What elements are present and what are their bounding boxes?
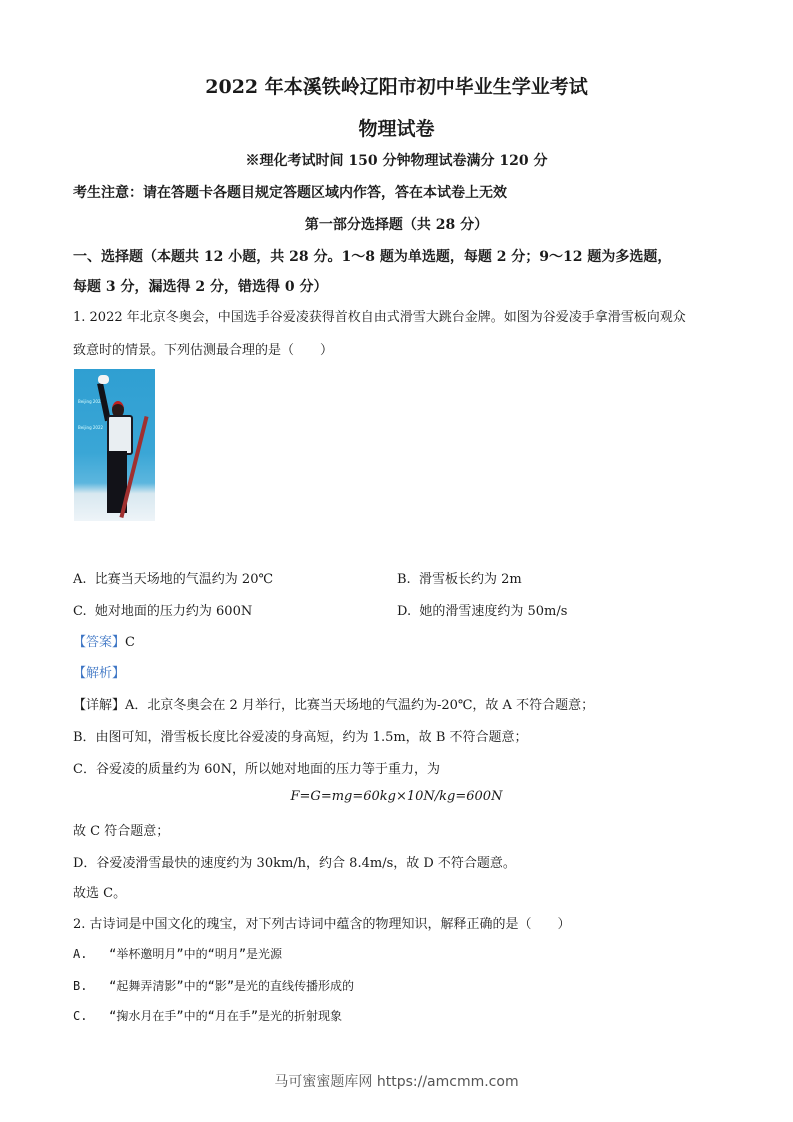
option-label: B. <box>397 572 411 587</box>
q2-option-b: B. “起舞弄清影”中的“影”是光的直线传播形成的 <box>73 977 354 994</box>
exam-subject: 物理试卷 <box>0 114 793 141</box>
option-text: “掬水月在手”中的“月在手”是光的折射现象 <box>109 1009 342 1023</box>
option-label: C. <box>73 604 87 619</box>
detail-line-5: 故 C 符合题意； <box>73 820 169 839</box>
option-c: C. 她对地面的压力约为 600N <box>73 600 252 619</box>
option-label: D. <box>397 604 411 619</box>
section-instructions-line1: 一、选择题（本题共 12 小题，共 28 分。1～8 题为单选题，每题 2 分；… <box>73 246 671 266</box>
q2-option-a: A. “举杯邀明月”中的“明月”是光源 <box>73 945 282 962</box>
footer-watermark: 马可蜜蜜题库网 https://amcmm.com <box>0 1071 793 1091</box>
option-label: B. <box>73 979 87 993</box>
section-instructions-line2: 每题 3 分，漏选得 2 分，错选得 0 分） <box>73 276 327 296</box>
option-d: D. 她的滑雪速度约为 50m/s <box>397 600 567 619</box>
option-label: A. <box>73 947 87 961</box>
q2-option-c: C. “掬水月在手”中的“月在手”是光的折射现象 <box>73 1007 342 1024</box>
part-title: 第一部分选择题（共 28 分） <box>0 214 793 234</box>
question-1-stem-line2: 致意时的情景。下列估测最合理的是（ ） <box>73 339 333 358</box>
option-text: 她对地面的压力约为 600N <box>95 604 252 619</box>
exam-notice: 考生注意：请在答题卡各题目规定答题区域内作答，答在本试卷上无效 <box>73 182 507 202</box>
analysis-tag: 【解析】 <box>73 666 125 681</box>
photo-backdrop-text: Beijing 2022 <box>78 399 103 404</box>
exam-info: ※理化考试时间 150 分钟物理试卷满分 120 分 <box>0 150 793 170</box>
photo-glove <box>98 375 109 384</box>
option-text: 她的滑雪速度约为 50m/s <box>419 604 567 619</box>
photo-backdrop-text: Beijing 2022 <box>78 425 103 430</box>
option-b: B. 滑雪板长约为 2m <box>397 568 522 587</box>
option-a: A. 比赛当天场地的气温约为 20℃ <box>73 568 273 587</box>
detail-line-3: C．谷爱凌的质量约为 60N，所以她对地面的压力等于重力，为 <box>73 758 440 777</box>
skier-photo: Beijing 2022 Beijing 2022 <box>74 369 155 521</box>
option-text: “起舞弄清影”中的“影”是光的直线传播形成的 <box>109 979 354 993</box>
detail-line-6: D．谷爱凌滑雪最快的速度约为 30km/h，约合 8.4m/s，故 D 不符合题… <box>73 852 516 871</box>
detail-line-7: 故选 C。 <box>73 882 126 901</box>
analysis-line: 【解析】 <box>73 662 125 681</box>
detail-tag: 【详解】 <box>73 698 125 713</box>
formula: F=G=mg=60kg×10N/kg=600N <box>0 789 793 804</box>
option-text: “举杯邀明月”中的“明月”是光源 <box>109 947 282 961</box>
detail-text: A．北京冬奥会在 2 月举行，比赛当天场地的气温约为-20℃，故 A 不符合题意… <box>125 698 594 713</box>
answer-value: C <box>125 635 135 650</box>
detail-line-2: B．由图可知，滑雪板长度比谷爱凌的身高短，约为 1.5m，故 B 不符合题意； <box>73 726 528 745</box>
option-text: 滑雪板长约为 2m <box>419 572 522 587</box>
question-1-stem-line1: 1. 2022 年北京冬奥会，中国选手谷爱凌获得首枚自由式滑雪大跳台金牌。如图为… <box>73 306 686 325</box>
exam-title: 2022 年本溪铁岭辽阳市初中毕业生学业考试 <box>0 72 793 99</box>
option-label: C. <box>73 1009 87 1023</box>
answer-line: 【答案】C <box>73 631 135 650</box>
option-text: 比赛当天场地的气温约为 20℃ <box>95 572 273 587</box>
photo-bib <box>107 415 133 455</box>
question-2-stem: 2. 古诗词是中国文化的瑰宝，对下列古诗词中蕴含的物理知识，解释正确的是（ ） <box>73 913 571 932</box>
detail-line-1: 【详解】A．北京冬奥会在 2 月举行，比赛当天场地的气温约为-20℃，故 A 不… <box>73 694 594 713</box>
answer-tag: 【答案】 <box>73 635 125 650</box>
option-label: A. <box>73 572 87 587</box>
